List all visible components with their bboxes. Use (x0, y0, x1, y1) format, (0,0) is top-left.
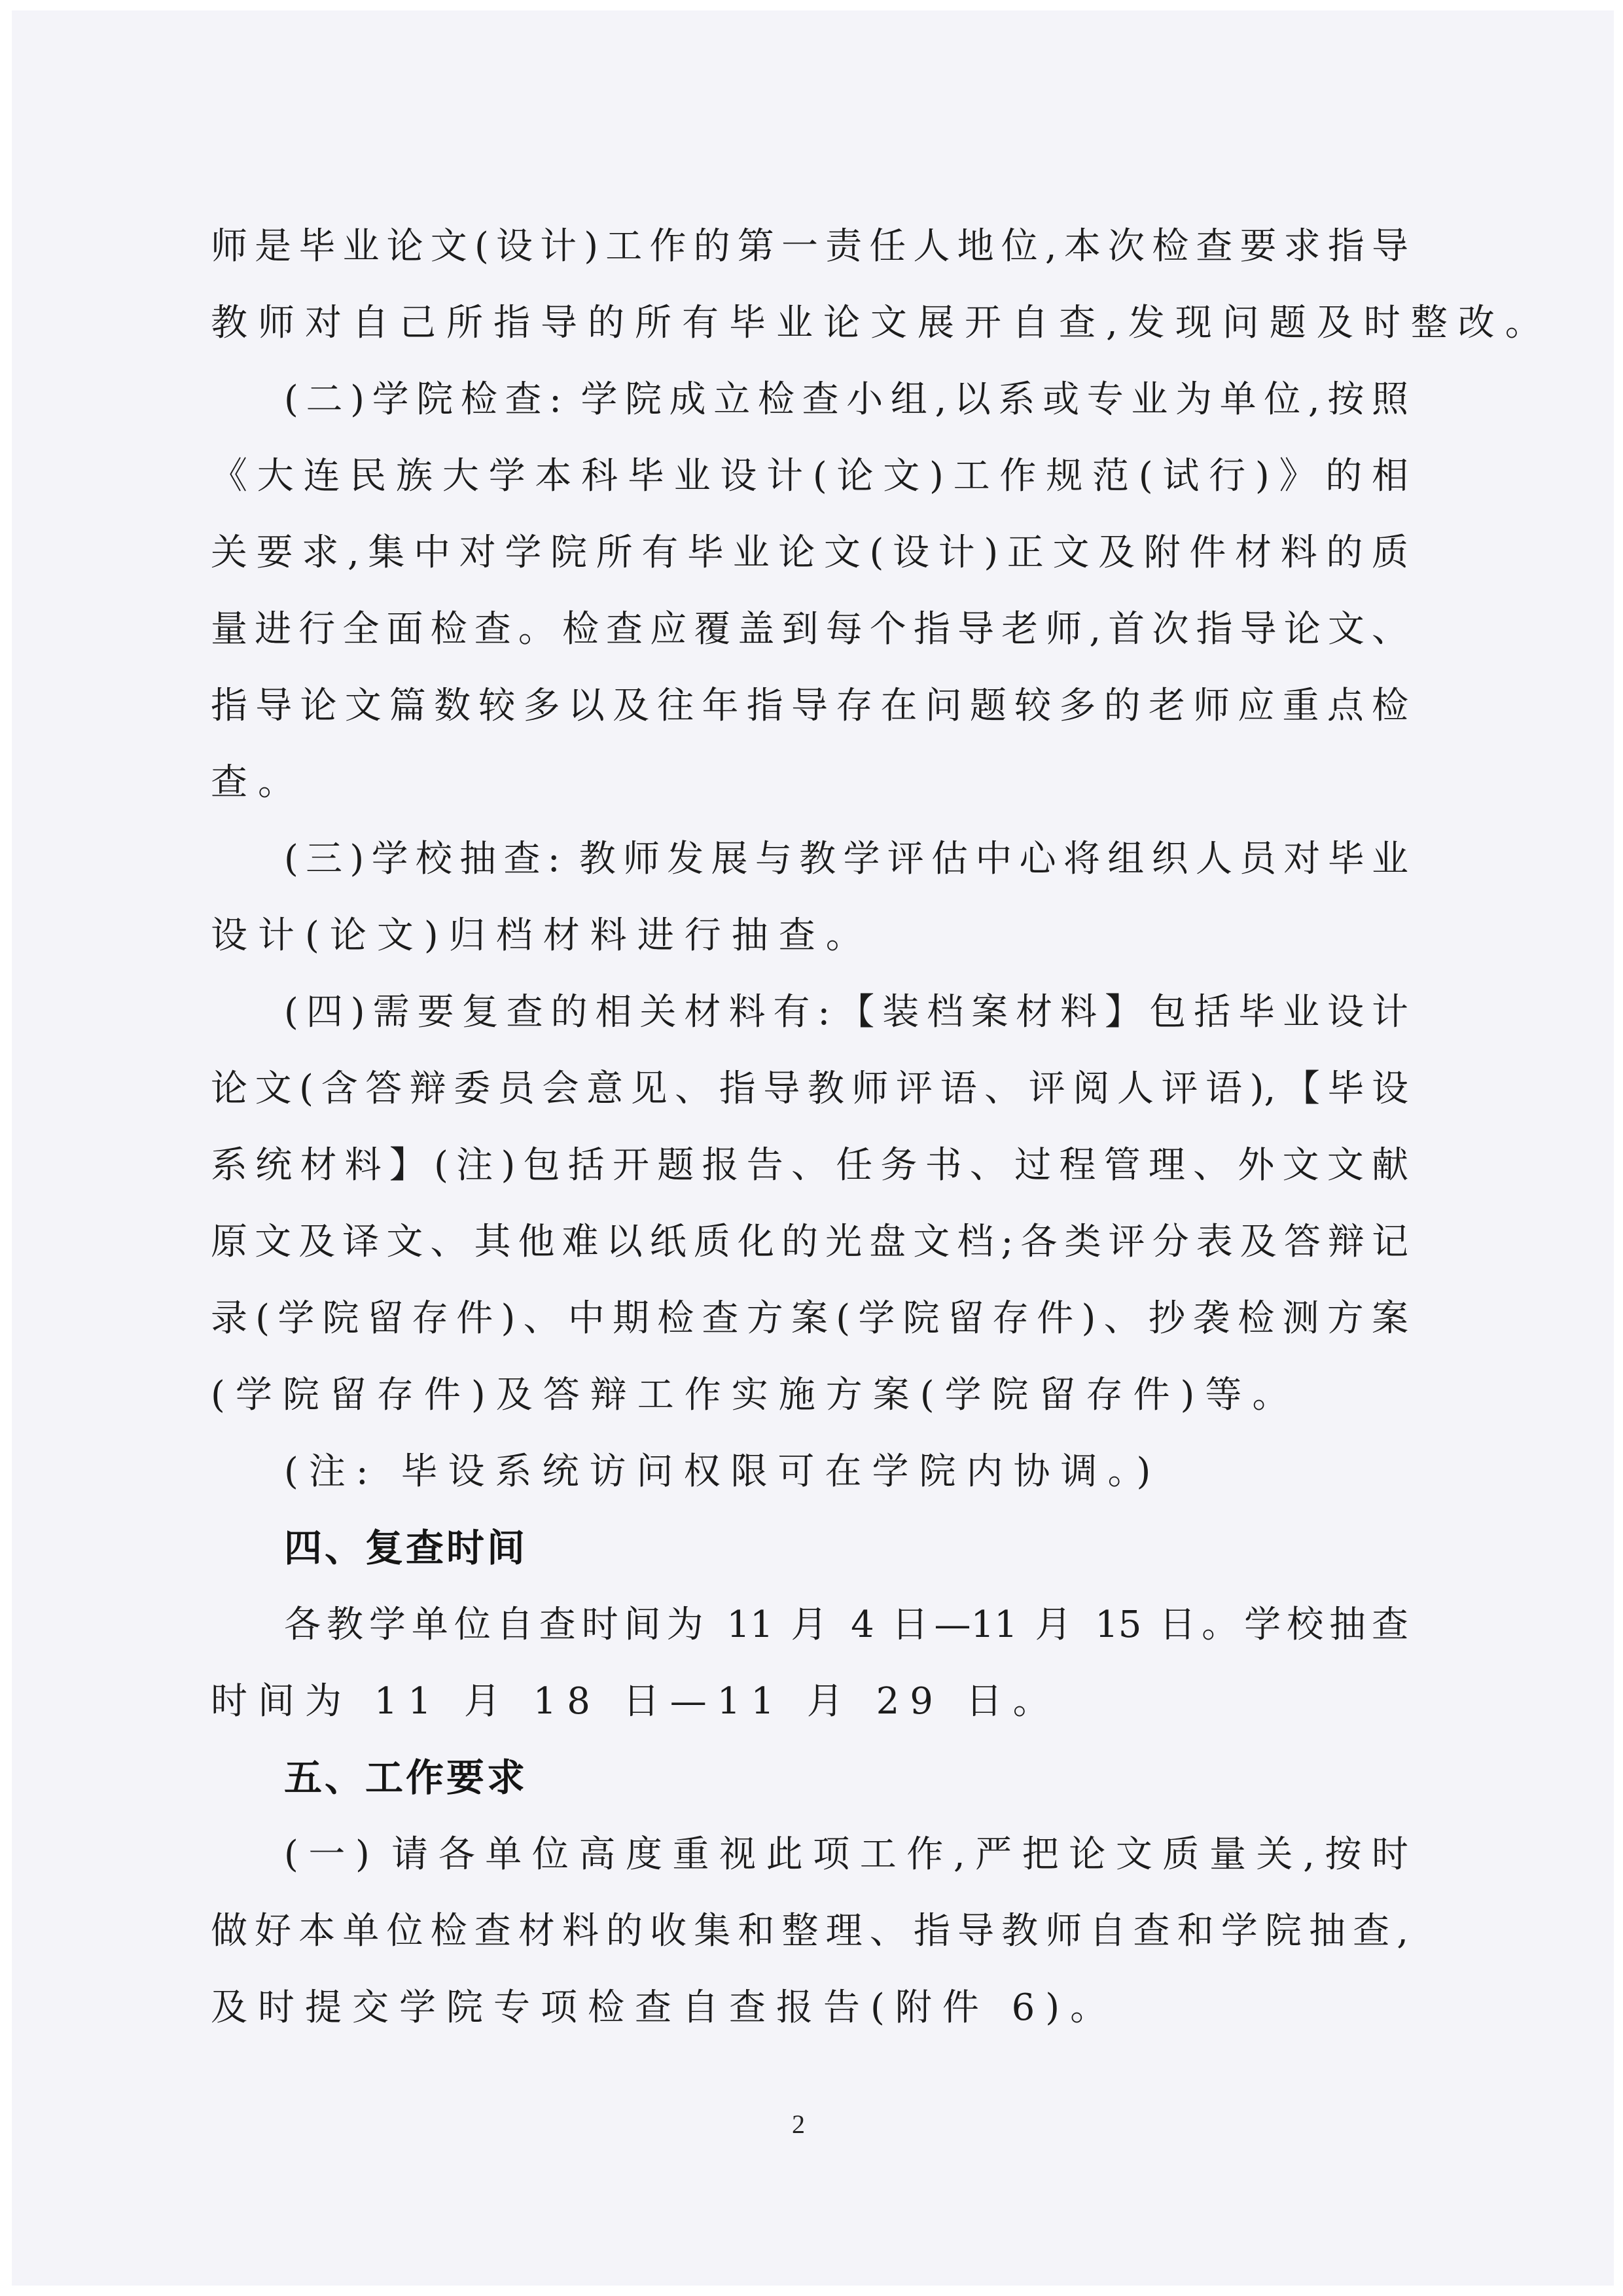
paragraph-line: 录(学院留存件)、中期检查方案(学院留存件)、抄袭检测方案 (211, 1280, 1408, 1357)
paragraph-line: 及时提交学院专项检查自查报告(附件 6)。 (211, 1969, 1408, 2046)
paragraph-line: 设计(论文)归档材料进行抽查。 (211, 897, 1408, 974)
paragraph-line: (一) 请各单位高度重视此项工作,严把论文质量关,按时 (284, 1816, 1408, 1893)
paragraph-line: 时间为 11 月 18 日—11 月 29 日。 (211, 1663, 1408, 1740)
section-heading-work-requirements: 五、工作要求 (284, 1740, 527, 1816)
paragraph-line: 论文(含答辩委员会意见、指导教师评语、评阅人评语),【毕设 (211, 1050, 1408, 1127)
paragraph-line: 做好本单位检查材料的收集和整理、指导教师自查和学院抽查, (211, 1893, 1408, 1969)
paragraph-line: 原文及译文、其他难以纸质化的光盘文档;各类评分表及答辩记 (211, 1204, 1408, 1280)
paragraph-line: (四)需要复查的相关材料有:【装档案材料】包括毕业设计 (284, 974, 1408, 1050)
page-number: 2 (792, 2109, 805, 2140)
paragraph-line: 指导论文篇数较多以及往年指导存在问题较多的老师应重点检 (211, 668, 1408, 744)
section-heading-review-time: 四、复查时间 (284, 1510, 527, 1587)
note-line: (注: 毕设系统访问权限可在学院内协调。) (284, 1433, 1408, 1510)
paragraph-line: 教师对自己所指导的所有毕业论文展开自查,发现问题及时整改。 (211, 285, 1408, 361)
paragraph-line: 查。 (211, 744, 1408, 821)
paragraph-line: (三)学校抽查: 教师发展与教学评估中心将组织人员对毕业 (284, 821, 1408, 897)
paragraph-line: 系统材料】(注)包括开题报告、任务书、过程管理、外文文献 (211, 1127, 1408, 1204)
paragraph-line: 师是毕业论文(设计)工作的第一责任人地位,本次检查要求指导 (211, 208, 1408, 285)
paragraph-line: (学院留存件)及答辩工作实施方案(学院留存件)等。 (211, 1357, 1408, 1433)
paragraph-line: (二)学院检查: 学院成立检查小组,以系或专业为单位,按照 (284, 361, 1408, 438)
paragraph-line: 《大连民族大学本科毕业设计(论文)工作规范(试行)》的相 (211, 438, 1408, 514)
paragraph-line: 关要求,集中对学院所有毕业论文(设计)正文及附件材料的质 (211, 514, 1408, 591)
paragraph-line: 量进行全面检查。检查应覆盖到每个指导老师,首次指导论文、 (211, 591, 1408, 668)
paragraph-line: 各教学单位自查时间为 11 月 4 日—11 月 15 日。学校抽查 (284, 1587, 1408, 1663)
